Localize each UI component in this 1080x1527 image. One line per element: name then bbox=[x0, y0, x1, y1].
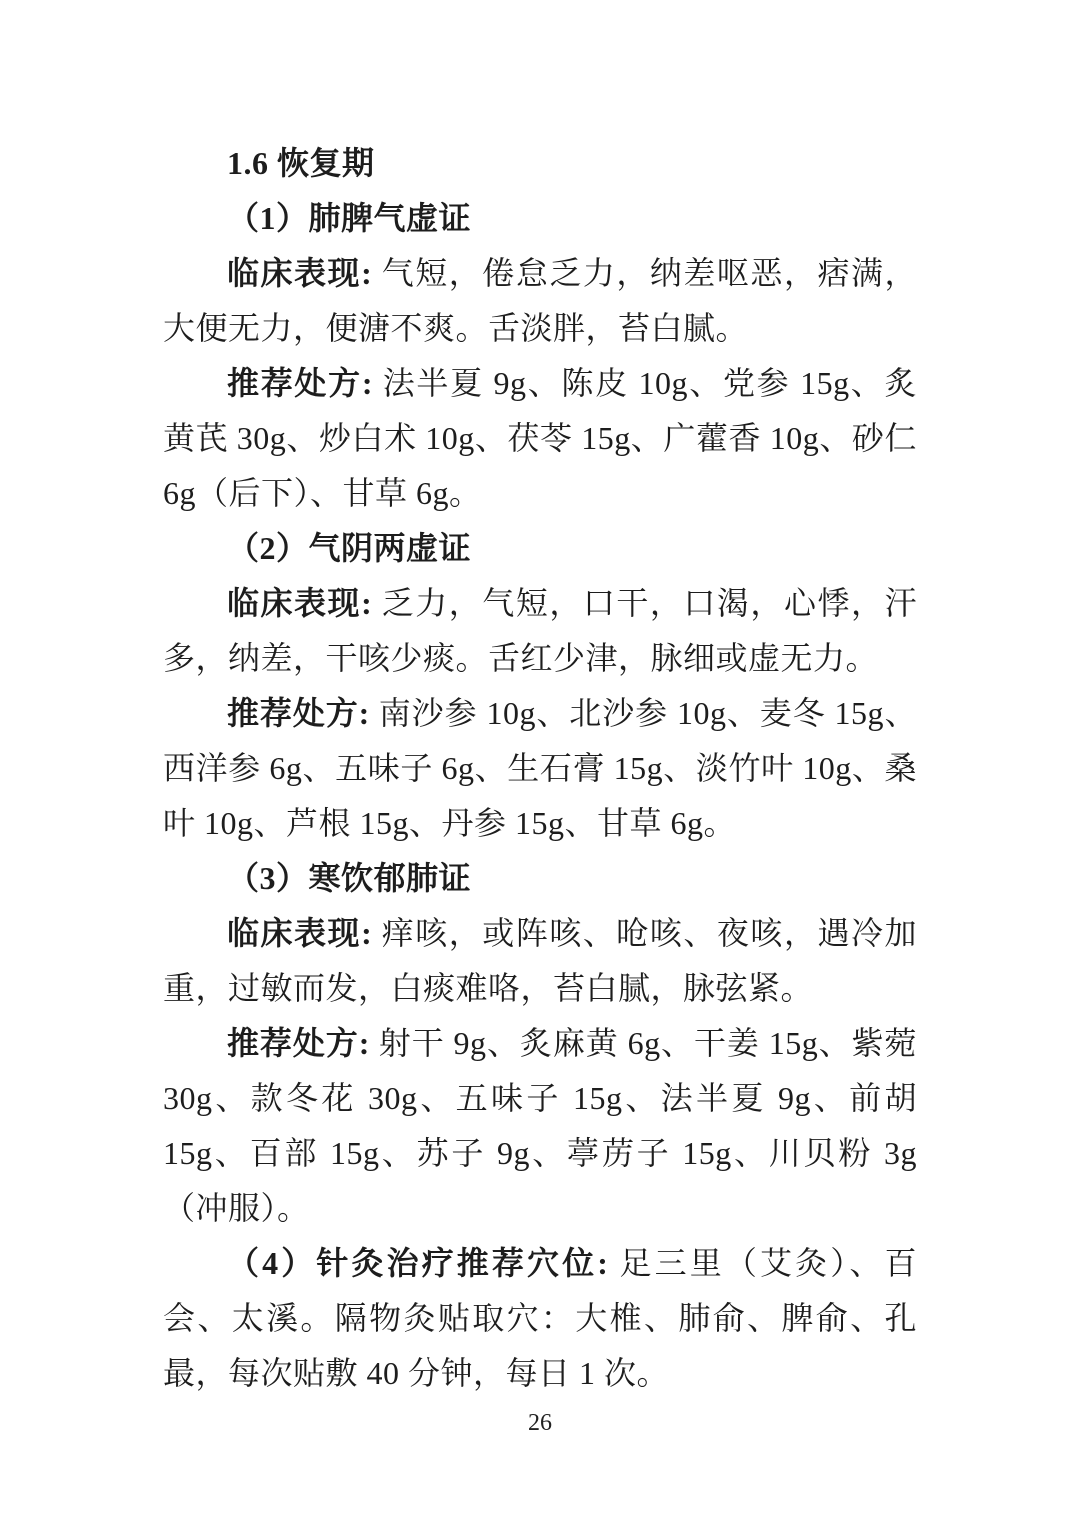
paragraph-label: 临床表现: bbox=[227, 915, 382, 951]
heading-text: （2）气阴两虚证 bbox=[227, 530, 471, 566]
clinical-manifestation-paragraph: 临床表现: 乏力，气短，口干，口渴，心悸，汗多，纳差，干咳少痰。舌红少津，脉细或… bbox=[163, 576, 917, 686]
paragraph-label: 推荐处方: bbox=[227, 365, 383, 401]
subsection-heading: （2）气阴两虚证 bbox=[163, 521, 917, 576]
recommended-prescription-paragraph: 推荐处方: 射干 9g、炙麻黄 6g、干姜 15g、紫菀 30g、款冬花 30g… bbox=[163, 1016, 917, 1236]
paragraph-label: 推荐处方: bbox=[227, 695, 379, 731]
clinical-manifestation-paragraph: 临床表现: 气短，倦怠乏力，纳差呕恶，痞满，大便无力，便溏不爽。舌淡胖，苔白腻。 bbox=[163, 246, 917, 356]
paragraph-label: （4）针灸治疗推荐穴位: bbox=[227, 1245, 620, 1281]
paragraph-label: 推荐处方: bbox=[227, 1025, 379, 1061]
document-body: 1.6 恢复期（1）肺脾气虚证临床表现: 气短，倦怠乏力，纳差呕恶，痞满，大便无… bbox=[163, 136, 917, 1401]
heading-text: （3）寒饮郁肺证 bbox=[227, 860, 471, 896]
heading-text: （1）肺脾气虚证 bbox=[227, 200, 471, 236]
clinical-manifestation-paragraph: 临床表现: 痒咳，或阵咳、呛咳、夜咳，遇冷加重，过敏而发，白痰难咯，苔白腻，脉弦… bbox=[163, 906, 917, 1016]
document-page: 1.6 恢复期（1）肺脾气虚证临床表现: 气短，倦怠乏力，纳差呕恶，痞满，大便无… bbox=[0, 0, 1080, 1527]
subsection-heading: （1）肺脾气虚证 bbox=[163, 191, 917, 246]
paragraph-label: 临床表现: bbox=[227, 255, 382, 291]
paragraph-label: 临床表现: bbox=[227, 585, 382, 621]
section-heading: 1.6 恢复期 bbox=[163, 136, 917, 191]
recommended-prescription-paragraph: 推荐处方: 法半夏 9g、陈皮 10g、党参 15g、炙黄芪 30g、炒白术 1… bbox=[163, 356, 917, 521]
page-number: 26 bbox=[0, 1406, 1080, 1440]
recommended-prescription-paragraph: 推荐处方: 南沙参 10g、北沙参 10g、麦冬 15g、西洋参 6g、五味子 … bbox=[163, 686, 917, 851]
acupuncture-paragraph: （4）针灸治疗推荐穴位: 足三里（艾灸）、百会、太溪。隔物灸贴取穴：大椎、肺俞、… bbox=[163, 1236, 917, 1401]
heading-text: 1.6 恢复期 bbox=[227, 145, 375, 181]
subsection-heading: （3）寒饮郁肺证 bbox=[163, 851, 917, 906]
